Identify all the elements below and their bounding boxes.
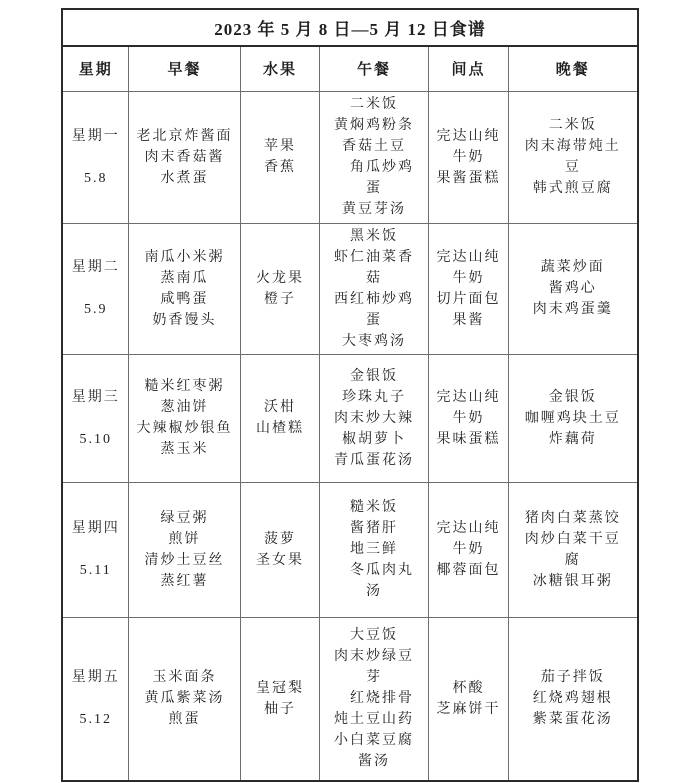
day-label: 星期三: [69, 387, 122, 408]
lunch-cell: 二米饭 黄焖鸡粉条 香菇土豆 角瓜炒鸡 蛋 黄豆芽汤: [319, 91, 428, 223]
column-header-lunch: 午餐: [319, 46, 428, 91]
fruit-cell: 苹果 香蕉: [240, 91, 319, 223]
fruit-cell: 沃柑 山楂糕: [240, 354, 319, 482]
table-title: 2023 年 5 月 8 日—5 月 12 日食谱: [62, 9, 637, 46]
table-row-wednesday: 星期三 5.10 糙米红枣粥 葱油饼 大辣椒炒银鱼 蒸玉米 沃柑 山楂糕 金银饭…: [62, 354, 637, 482]
lunch-cell: 金银饭 珍珠丸子 肉末炒大辣 椒胡萝卜 青瓜蛋花汤: [319, 354, 428, 482]
snack-cell: 完达山纯 牛奶 椰蓉面包: [428, 482, 508, 617]
column-header-fruit: 水果: [240, 46, 319, 91]
breakfast-cell: 绿豆粥 煎饼 清炒土豆丝 蒸红薯: [128, 482, 240, 617]
column-header-snack: 间点: [428, 46, 508, 91]
column-header-day: 星期: [62, 46, 128, 91]
day-cell: 星期三 5.10: [62, 354, 128, 482]
dinner-cell: 茄子拌饭 红烧鸡翅根 紫菜蛋花汤: [508, 617, 637, 781]
snack-cell: 完达山纯 牛奶 果味蛋糕: [428, 354, 508, 482]
dinner-cell: 金银饭 咖喱鸡块土豆 炸藕荷: [508, 354, 637, 482]
date-label: 5.8: [69, 168, 122, 189]
column-header-dinner: 晚餐: [508, 46, 637, 91]
day-cell: 星期一 5.8: [62, 91, 128, 223]
lunch-cell: 大豆饭 肉末炒绿豆 芽 红烧排骨 炖土豆山药 小白菜豆腐 酱汤: [319, 617, 428, 781]
lunch-cell: 糙米饭 酱猪肝 地三鲜 冬瓜肉丸 汤: [319, 482, 428, 617]
day-label: 星期五: [69, 667, 122, 688]
date-label: 5.10: [69, 429, 122, 450]
breakfast-cell: 玉米面条 黄瓜紫菜汤 煎蛋: [128, 617, 240, 781]
column-header-row: 星期 早餐 水果 午餐 间点 晚餐: [62, 46, 637, 91]
menu-table: 2023 年 5 月 8 日—5 月 12 日食谱 星期 早餐 水果 午餐 间点…: [61, 8, 638, 782]
table-row-tuesday: 星期二 5.9 南瓜小米粥 蒸南瓜 咸鸭蛋 奶香馒头 火龙果 橙子 黑米饭 虾仁…: [62, 223, 637, 354]
day-label: 星期四: [69, 518, 122, 539]
table-row-thursday: 星期四 5.11 绿豆粥 煎饼 清炒土豆丝 蒸红薯 菠萝 圣女果 糙米饭 酱猪肝…: [62, 482, 637, 617]
column-header-breakfast: 早餐: [128, 46, 240, 91]
day-cell: 星期二 5.9: [62, 223, 128, 354]
day-cell: 星期五 5.12: [62, 617, 128, 781]
dinner-cell: 蔬菜炒面 酱鸡心 肉末鸡蛋羹: [508, 223, 637, 354]
dinner-cell: 猪肉白菜蒸饺 肉炒白菜干豆 腐 冰糖银耳粥: [508, 482, 637, 617]
snack-cell: 完达山纯 牛奶 切片面包 果酱: [428, 223, 508, 354]
fruit-cell: 菠萝 圣女果: [240, 482, 319, 617]
table-row-friday: 星期五 5.12 玉米面条 黄瓜紫菜汤 煎蛋 皇冠梨 柚子 大豆饭 肉末炒绿豆 …: [62, 617, 637, 781]
title-row: 2023 年 5 月 8 日—5 月 12 日食谱: [62, 9, 637, 46]
fruit-cell: 皇冠梨 柚子: [240, 617, 319, 781]
document-page: 2023 年 5 月 8 日—5 月 12 日食谱 星期 早餐 水果 午餐 间点…: [0, 0, 700, 783]
table-row-monday: 星期一 5.8 老北京炸酱面 肉末香菇酱 水煮蛋 苹果 香蕉 二米饭 黄焖鸡粉条…: [62, 91, 637, 223]
lunch-cell: 黑米饭 虾仁油菜香 菇 西红柿炒鸡 蛋 大枣鸡汤: [319, 223, 428, 354]
dinner-cell: 二米饭 肉末海带炖土 豆 韩式煎豆腐: [508, 91, 637, 223]
snack-cell: 杯酸 芝麻饼干: [428, 617, 508, 781]
snack-cell: 完达山纯 牛奶 果酱蛋糕: [428, 91, 508, 223]
fruit-cell: 火龙果 橙子: [240, 223, 319, 354]
breakfast-cell: 老北京炸酱面 肉末香菇酱 水煮蛋: [128, 91, 240, 223]
day-label: 星期二: [69, 257, 122, 278]
day-label: 星期一: [69, 126, 122, 147]
date-label: 5.12: [69, 709, 122, 730]
breakfast-cell: 南瓜小米粥 蒸南瓜 咸鸭蛋 奶香馒头: [128, 223, 240, 354]
date-label: 5.9: [69, 299, 122, 320]
day-cell: 星期四 5.11: [62, 482, 128, 617]
breakfast-cell: 糙米红枣粥 葱油饼 大辣椒炒银鱼 蒸玉米: [128, 354, 240, 482]
date-label: 5.11: [69, 560, 122, 581]
